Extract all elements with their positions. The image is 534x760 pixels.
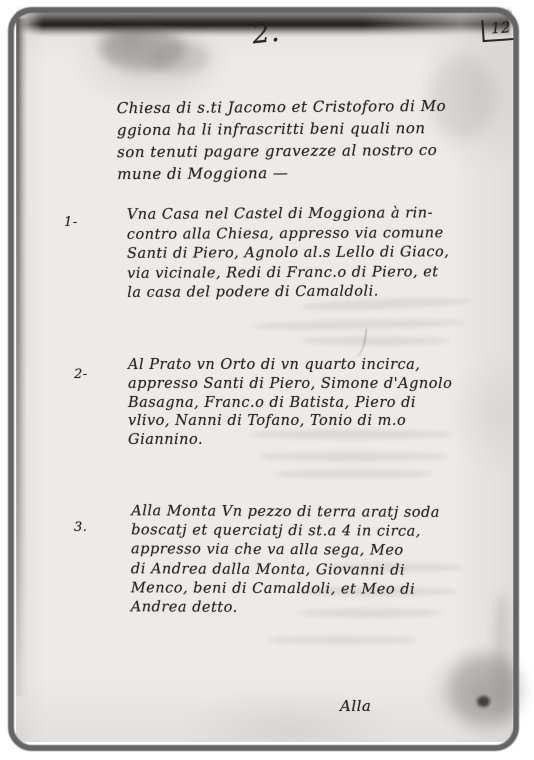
scan-frame — [8, 7, 519, 751]
scanned-document: 2. 12 Chiesa di s.ti Jacomo et Cristofor… — [0, 0, 534, 760]
